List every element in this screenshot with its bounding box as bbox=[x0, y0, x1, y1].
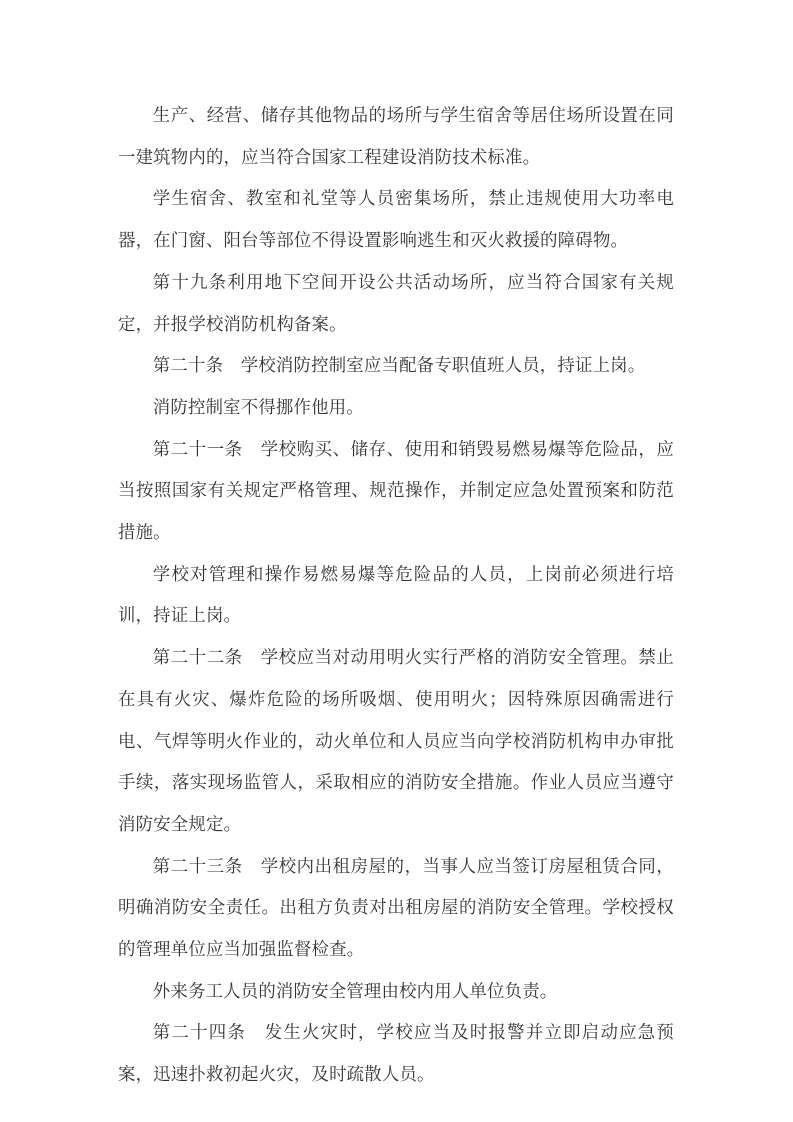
document-page: 生产、经营、储存其他物品的场所与学生宿舍等居住场所设置在同一建筑物内的，应当符合… bbox=[118, 96, 674, 1097]
paragraph-article-24: 第二十四条 发生火灾时，学校应当及时报警并立即启动应急预案，迅速扑救初起火灾，及… bbox=[118, 1013, 674, 1096]
paragraph-article-20: 第二十条 学校消防控制室应当配备专职值班人员，持证上岗。 bbox=[118, 346, 674, 388]
paragraph-article-22: 第二十二条 学校应当对动用明火实行严格的消防安全管理。禁止在具有火灾、爆炸危险的… bbox=[118, 638, 674, 847]
paragraph-hazmat-training: 学校对管理和操作易燃易爆等危险品的人员，上岗前必须进行培训，持证上岗。 bbox=[118, 555, 674, 638]
paragraph-article-23: 第二十三条 学校内出租房屋的，当事人应当签订房屋租赁合同，明确消防安全责任。出租… bbox=[118, 847, 674, 972]
paragraph-dormitory-building-standard: 生产、经营、储存其他物品的场所与学生宿舍等居住场所设置在同一建筑物内的，应当符合… bbox=[118, 96, 674, 179]
paragraph-article-21: 第二十一条 学校购买、储存、使用和销毁易燃易爆等危险品，应当按照国家有关规定严格… bbox=[118, 430, 674, 555]
paragraph-crowded-places-electrical: 学生宿舍、教室和礼堂等人员密集场所，禁止违规使用大功率电器，在门窗、阳台等部位不… bbox=[118, 179, 674, 262]
paragraph-control-room-use: 消防控制室不得挪作他用。 bbox=[118, 388, 674, 430]
paragraph-article-19: 第十九条利用地下空间开设公共活动场所，应当符合国家有关规定，并报学校消防机构备案… bbox=[118, 263, 674, 346]
paragraph-migrant-workers: 外来务工人员的消防安全管理由校内用人单位负责。 bbox=[118, 972, 674, 1014]
